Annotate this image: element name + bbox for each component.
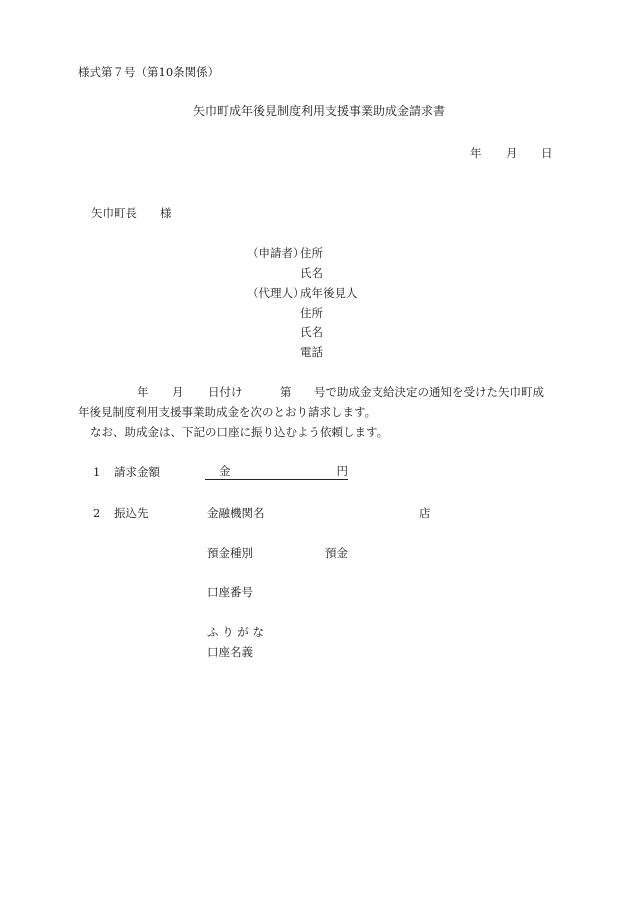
date-month-label: 月 [506,148,518,160]
body-number-prefix: 第 [280,387,292,399]
date-day-label: 日 [541,148,553,160]
body-month: 月 [172,387,184,399]
claim-amount-field[interactable]: 金 円 [205,466,348,480]
deposit-suffix: 預金 [325,548,348,560]
account-name-label: 口座名義 [207,647,253,659]
addressee-honorific: 様 [160,208,172,220]
agent-name-label: 氏名 [300,327,323,339]
applicant-address-label: 住所 [300,248,323,260]
body-line3: なお、助成金は、下記の口座に振り込むよう依頼します。 [90,427,388,439]
applicant-name-label: 氏名 [300,268,323,280]
amount-prefix: 金 [219,466,231,478]
addressee-name: 矢巾町長 [91,208,137,220]
body-line2: 年後見制度利用支援事業助成金を次のとおり請求します。 [78,407,376,419]
bank-name-label: 金融機関名 [207,508,265,520]
document-title: 矢巾町成年後見制度利用支援事業助成金請求書 [193,105,445,117]
furigana-label: ふ り が な [207,627,264,639]
agent-phone-label: 電話 [300,347,323,359]
body-day: 日付け [208,387,243,399]
branch-suffix: 店 [419,508,431,520]
date-year-label: 年 [470,148,482,160]
agent-label: （代理人） [247,288,305,300]
item-2-number: 2 [93,508,100,520]
agent-address-label: 住所 [300,308,323,320]
form-number: 様式第７号（第10条関係） [78,67,219,79]
item-1-number: 1 [93,467,100,479]
body-line1-rest: 号で助成金支給決定の通知を受けた矢巾町成 [314,387,544,399]
deposit-type-label: 預金種別 [207,548,253,560]
account-number-label: 口座番号 [207,587,253,599]
applicant-label: （申請者） [247,248,305,260]
item-2-label: 振込先 [114,508,149,520]
amount-suffix: 円 [337,466,349,478]
agent-guardian-label: 成年後見人 [300,288,358,300]
body-year: 年 [137,387,149,399]
item-1-label: 請求金額 [114,467,160,479]
